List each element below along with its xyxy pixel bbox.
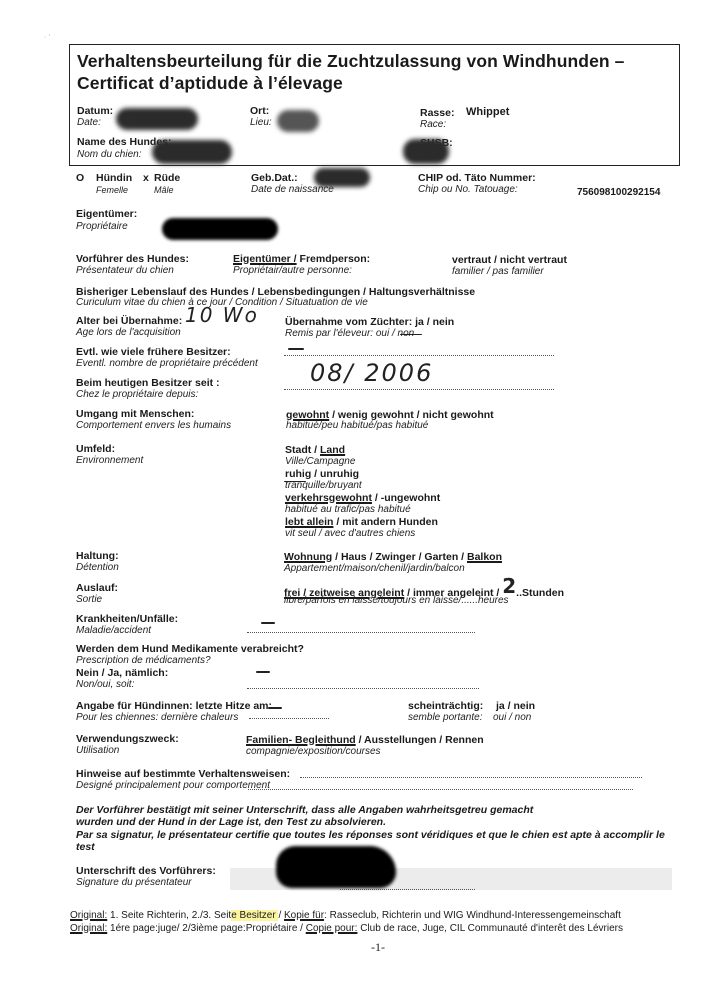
medication-label-fr: Non/oui, soit: (76, 679, 134, 691)
medication-label: Nein / Ja, nämlich: (76, 667, 168, 679)
redacted-birthdate (314, 168, 370, 187)
title-de: Verhaltensbeurteilung für die Zuchtzulas… (77, 51, 625, 72)
handler-options-fr: Propriétair/autre personne: (233, 265, 352, 277)
environment-label: Umfeld: (76, 443, 115, 455)
handler-label: Vorführer des Hundes: (76, 253, 189, 265)
humans-options-fr: habitué/peu habitué/pas habitué (286, 420, 428, 432)
rasse-label: Rasse: (420, 107, 454, 119)
exercise-label: Auslauf: (76, 582, 118, 594)
environment-option-3[interactable]: verkehrsgewohnt / -ungewohnt (285, 492, 440, 504)
pseudo-pregnancy-label: scheinträchtig: (408, 700, 483, 712)
redacted-place (277, 110, 319, 132)
handler-options: Eigentümer / Fremdperson: (233, 253, 370, 265)
exercise-label-fr: Sortie (76, 594, 102, 606)
female-label: Hündin (96, 172, 132, 184)
since-label-fr: Chez le propriétaire depuis: (76, 389, 198, 401)
signature-field[interactable] (340, 889, 475, 890)
since-value[interactable]: 08/ 2006 (310, 359, 433, 387)
breed-value: Whippet (466, 106, 509, 118)
page-number: -1- (371, 940, 385, 955)
prev-owners-dash (288, 348, 304, 350)
highlight: e Besitzer (231, 910, 278, 921)
illness-dash (261, 622, 275, 624)
handler-label-fr: Présentateur du chien (76, 265, 174, 277)
environment-option-4-fr: vit seul / avec d'autres chiens (285, 528, 415, 540)
medication-field[interactable] (247, 688, 479, 689)
environment-label-fr: Environnement (76, 455, 143, 467)
ort-label: Ort: (250, 105, 269, 117)
from-breeder-options-fr: Remis par l'éleveur: oui / non (285, 328, 414, 340)
behaviour-notes-label: Hinweise auf bestimmte Verhaltensweisen: (76, 768, 290, 780)
scan-artifact: · ' (44, 32, 50, 44)
acquisition-age-value[interactable]: 10 Wo (185, 303, 259, 327)
illness-label: Krankheiten/Unfälle: (76, 613, 178, 625)
declaration-de-2: wurden und der Hund in der Lage ist, den… (76, 816, 386, 828)
male-label-fr: Mâle (154, 184, 174, 196)
keeping-label: Haltung: (76, 550, 119, 562)
prev-owners-label-fr: Eventl. nombre de propriétaire précédent (76, 358, 258, 370)
acquisition-age-label: Alter bei Übernahme: (76, 315, 182, 327)
prev-owners-label: Evtl. wie viele frühere Besitzer: (76, 346, 231, 358)
signature-label-fr: Signature du présentateur (76, 877, 192, 889)
male-checkbox[interactable]: x (143, 172, 149, 184)
familiar-options-fr: familier / pas familier (452, 266, 544, 278)
environment-option-1-fr: Ville/Campagne (285, 456, 355, 468)
purpose-label: Verwendungszweck: (76, 733, 179, 745)
keeping-label-fr: Détention (76, 562, 119, 574)
signature-label: Unterschrift des Vorführers: (76, 865, 216, 877)
footer-line-fr: Original: 1ére page:juge/ 2/3ième page:P… (70, 922, 623, 935)
owner-label-fr: Propriétaire (76, 221, 128, 233)
strike-mark (400, 334, 422, 335)
environment-option-4[interactable]: lebt allein / mit andern Hunden (285, 516, 438, 528)
redacted-shsb (403, 139, 449, 164)
footer-line-de: Original: 1. Seite Richterin, 2./3. Seit… (70, 909, 621, 922)
behaviour-notes-field-1[interactable] (300, 777, 642, 778)
last-heat-label: Angabe für Hündinnen: letzte Hitze am: (76, 700, 272, 712)
environment-option-1[interactable]: Stadt / Land (285, 444, 345, 456)
familiar-options[interactable]: vertraut / nicht vertraut (452, 254, 567, 266)
handler-option-owner[interactable]: Eigentümer / (233, 253, 297, 265)
female-checkbox[interactable]: O (76, 172, 84, 184)
birthdate-label: Geb.Dat.: (251, 172, 298, 184)
chip-label-fr: Chip ou No. Tatouage: (418, 184, 518, 196)
prev-owners-field[interactable] (284, 355, 554, 356)
last-heat-field[interactable] (249, 718, 329, 719)
redacted-dog-name (152, 140, 232, 164)
pseudo-pregnancy-label-fr: semble portante: (408, 712, 483, 724)
purpose-label-fr: Utilisation (76, 745, 119, 757)
behaviour-notes-field-2[interactable] (248, 789, 633, 790)
declaration-de-1: Der Vorführer bestätigt mit seiner Unter… (76, 804, 533, 816)
datum-label-fr: Date: (77, 117, 101, 129)
illness-field[interactable] (247, 632, 475, 633)
acquisition-age-label-fr: Age lors de l'acquisition (76, 327, 181, 339)
last-heat-label-fr: Pour les chiennes: dernière chaleurs (76, 712, 238, 724)
purpose-options[interactable]: Familien- Begleithund / Ausstellungen / … (246, 734, 484, 746)
ruhig-mark (284, 481, 306, 482)
since-field (284, 389, 554, 390)
declaration-fr-1: Par sa signatur, le présentateur certifi… (76, 829, 665, 841)
behaviour-notes-label-fr: Designé principalement pour comportement (76, 780, 270, 792)
female-label-fr: Femelle (96, 184, 128, 196)
purpose-options-fr: compagnie/exposition/courses (246, 746, 381, 758)
redacted-date (116, 108, 198, 130)
male-label: Rüde (154, 172, 180, 184)
declaration-fr-2: test (76, 841, 95, 853)
exercise-options-fr: libre/parfois en laisse/toujours en lais… (284, 595, 509, 607)
pseudo-pregnancy-options-fr: oui / non (493, 712, 531, 724)
owner-label: Eigentümer: (76, 208, 137, 220)
medication-question-fr: Prescription de médicaments? (76, 655, 211, 667)
last-heat-dash (268, 707, 282, 709)
pseudo-pregnancy-options[interactable]: ja / nein (496, 700, 535, 712)
keeping-options[interactable]: Wohnung / Haus / Zwinger / Garten / Balk… (284, 551, 502, 563)
illness-label-fr: Maladie/accident (76, 625, 151, 637)
humans-label-fr: Comportement envers les humains (76, 420, 231, 432)
since-label: Beim heutigen Besitzer seit : (76, 377, 220, 389)
keeping-options-fr: Appartement/maison/chenil/jardin/balcon (284, 563, 465, 575)
medication-dash (256, 671, 270, 673)
handler-option-other[interactable]: Fremdperson: (297, 253, 371, 265)
medication-question: Werden dem Hund Medikamente verabreicht? (76, 643, 304, 655)
chip-label: CHIP od. Täto Nummer: (418, 172, 536, 184)
ort-label-fr: Lieu: (250, 117, 272, 129)
from-breeder-options[interactable]: Übernahme vom Züchter: ja / nein (285, 316, 454, 328)
humans-label: Umgang mit Menschen: (76, 408, 194, 420)
redacted-owner (162, 218, 278, 240)
environment-option-2[interactable]: ruhig / unruhig (285, 468, 359, 480)
environment-option-3-fr: habitué au trafic/pas habitué (285, 504, 411, 516)
dog-name-label-fr: Nom du chien: (77, 149, 141, 161)
title-fr: Certificat d’aptidude à l’élevage (77, 73, 343, 94)
rasse-label-fr: Race: (420, 119, 446, 131)
chip-number: 756098100292154 (577, 187, 660, 199)
redacted-signature (276, 846, 396, 888)
datum-label: Datum: (77, 105, 113, 117)
